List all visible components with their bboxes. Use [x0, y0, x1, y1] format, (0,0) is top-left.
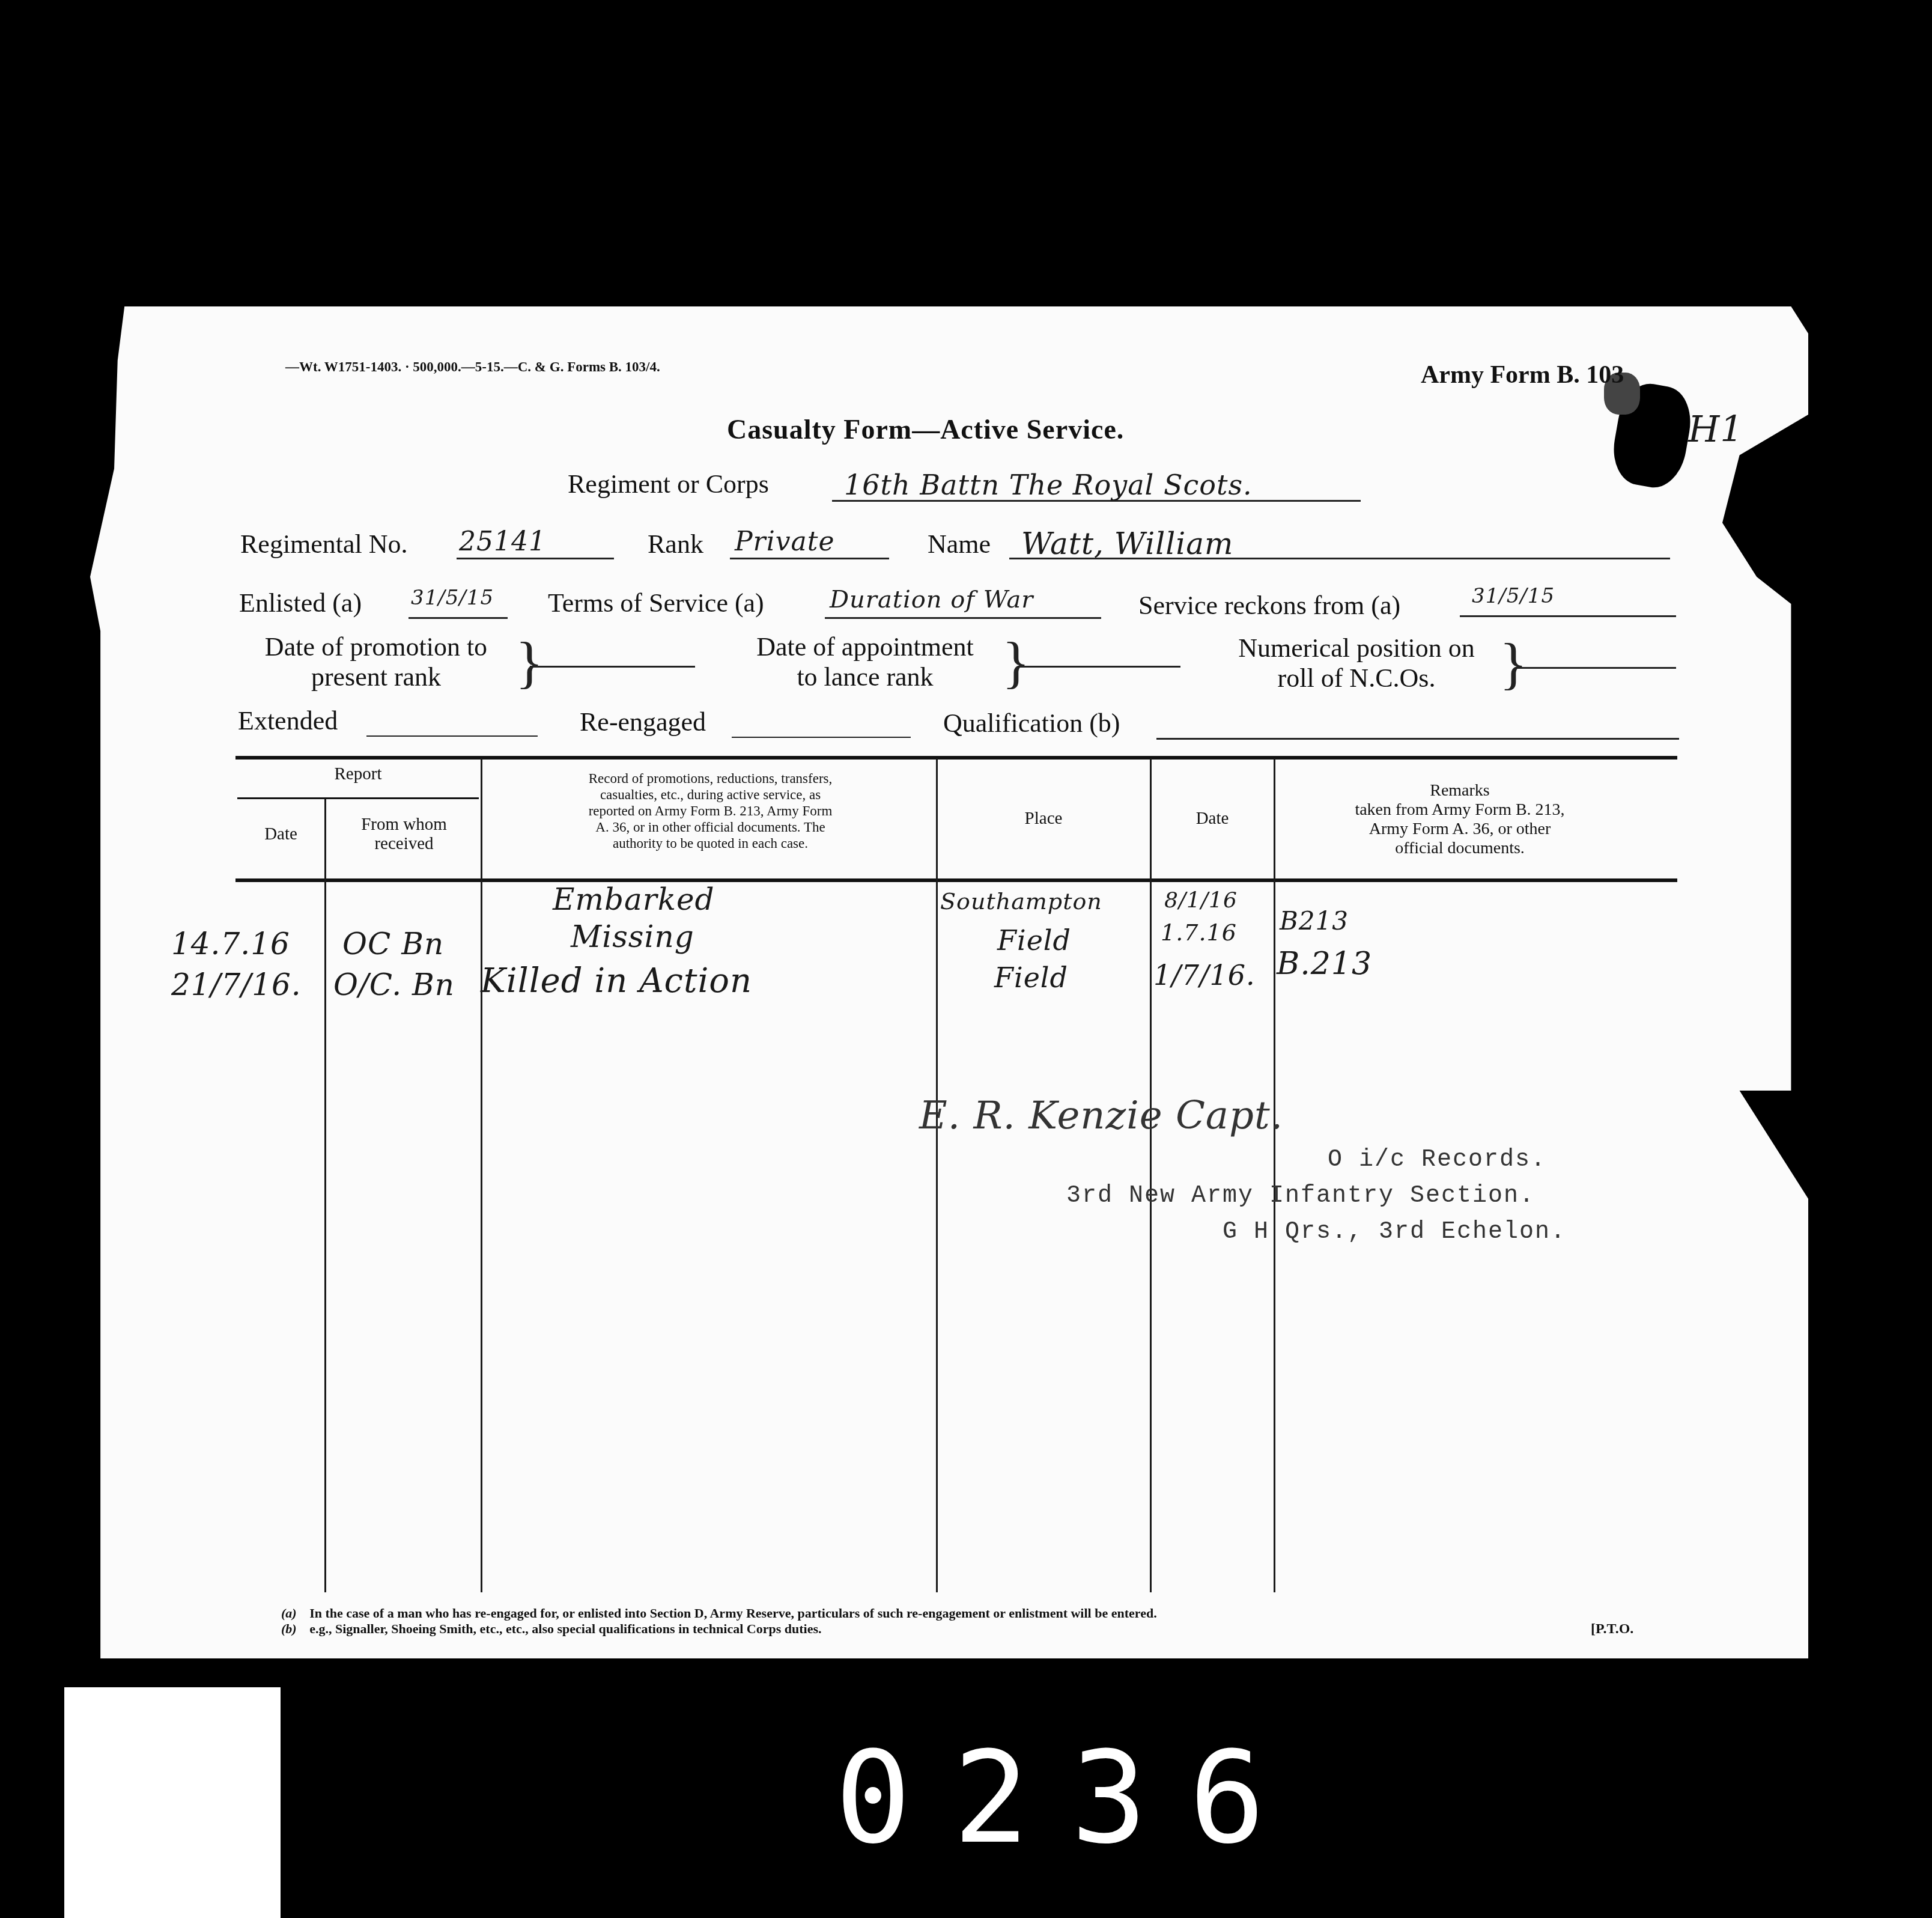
cell-report-date: 21/7/16.	[171, 967, 302, 1002]
footnote-a-marker: (a)	[281, 1606, 297, 1621]
terms-field[interactable]: Duration of War	[825, 586, 1101, 619]
col-divider-remarks	[1274, 758, 1275, 1592]
regiment-value: 16th Battn The Royal Scots.	[832, 469, 1253, 501]
name-field[interactable]: Watt, William	[1009, 526, 1670, 559]
stamp-line-3: G H Qrs., 3rd Echelon.	[1223, 1219, 1566, 1246]
reengaged-label: Re-engaged	[580, 707, 706, 737]
appointment-label-line1: Date of appointment	[727, 632, 1003, 662]
officer-signature: E. R. Kenzie Capt.	[919, 1094, 1283, 1138]
numerical-label: Numerical position on roll of N.C.Os.	[1212, 633, 1501, 693]
extended-label: Extended	[238, 705, 338, 736]
header-record-line: A. 36, or in other official documents. T…	[490, 819, 931, 835]
header-from-whom: From whom received	[336, 815, 472, 853]
header-date: Date	[1152, 809, 1272, 828]
cell-record: Killed in Action	[481, 961, 752, 1000]
footnote-b: (b) e.g., Signaller, Shoeing Smith, etc.…	[281, 1621, 821, 1637]
terms-label: Terms of Service (a)	[548, 588, 764, 618]
cell-date: 1.7.16	[1161, 919, 1237, 946]
numerical-label-line1: Numerical position on	[1212, 633, 1501, 663]
header-report-date: Date	[237, 824, 324, 844]
promotion-label: Date of promotion to present rank	[238, 632, 514, 692]
report-subrule	[237, 797, 479, 799]
col-divider-report	[324, 799, 326, 1592]
document-page: —Wt. W1751-1403. · 500,000.—5-15.—C. & G…	[0, 0, 1932, 1918]
cell-place: Field	[997, 924, 1071, 957]
reckons-label: Service reckons from (a)	[1138, 590, 1400, 621]
terms-value: Duration of War	[825, 586, 1033, 613]
stamp-line-2: 3rd New Army Infantry Section.	[1066, 1183, 1535, 1210]
rank-value: Private	[730, 526, 835, 557]
enlisted-value: 31/5/15	[409, 586, 494, 610]
header-record-line: Record of promotions, reductions, transf…	[490, 770, 931, 787]
qualification-label: Qualification (b)	[943, 708, 1120, 738]
stamp-line-1: O i/c Records.	[1328, 1146, 1546, 1174]
cell-report-date: 14.7.16	[171, 927, 290, 961]
regimental-no-value: 25141	[457, 526, 546, 557]
header-record-line: casualties, etc., during active service,…	[490, 787, 931, 803]
reengaged-field[interactable]	[732, 707, 911, 738]
cell-date: 8/1/16	[1164, 888, 1238, 913]
cell-record: Embarked	[553, 882, 715, 917]
calibration-patch	[64, 1687, 281, 1918]
appointment-label-line2: to lance rank	[727, 662, 1003, 692]
regiment-label: Regiment or Corps	[568, 469, 769, 499]
regimental-no-field[interactable]: 25141	[457, 526, 614, 559]
enlisted-field[interactable]: 31/5/15	[409, 586, 508, 619]
print-line: —Wt. W1751-1403. · 500,000.—5-15.—C. & G…	[285, 359, 660, 375]
numerical-label-line2: roll of N.C.Os.	[1212, 663, 1501, 693]
extended-field[interactable]	[366, 705, 538, 737]
promotion-field[interactable]	[530, 637, 695, 668]
enlisted-label: Enlisted (a)	[239, 588, 362, 618]
header-remarks-line: Army Form A. 36, or other	[1280, 820, 1640, 839]
appointment-label: Date of appointment to lance rank	[727, 632, 1003, 692]
col-divider-date	[1150, 758, 1152, 1592]
regiment-field[interactable]: 16th Battn The Royal Scots.	[832, 469, 1361, 502]
reckons-field[interactable]: 31/5/15	[1460, 584, 1676, 617]
promotion-label-line1: Date of promotion to	[238, 632, 514, 662]
cell-remarks: B213	[1280, 906, 1349, 936]
header-remarks-line: Remarks	[1280, 781, 1640, 800]
footnote-b-text: e.g., Signaller, Shoeing Smith, etc., et…	[309, 1621, 821, 1636]
cell-place: Southampton	[940, 888, 1102, 915]
cell-date: 1/7/16.	[1153, 959, 1256, 991]
header-place: Place	[938, 809, 1149, 828]
cell-record: Missing	[571, 919, 694, 954]
form-title: Casualty Form—Active Service.	[727, 413, 1124, 445]
name-value: Watt, William	[1009, 526, 1234, 561]
header-report: Report	[237, 764, 479, 784]
header-remarks: Remarks taken from Army Form B. 213, Arm…	[1280, 781, 1640, 858]
numerical-field[interactable]	[1515, 638, 1676, 669]
name-label: Name	[928, 529, 991, 559]
cell-remarks: B.213	[1277, 946, 1372, 982]
cell-from-whom: O/C. Bn	[333, 967, 455, 1002]
cell-from-whom: OC Bn	[342, 927, 444, 961]
margin-note: H1	[1688, 409, 1744, 451]
header-record-line: authority to be quoted in each case.	[490, 835, 931, 851]
cell-place: Field	[994, 961, 1068, 994]
col-divider-place	[936, 758, 938, 1592]
table-top-rule	[235, 756, 1677, 760]
table-header-rule	[235, 878, 1677, 882]
form-number: Army Form B. 103	[1421, 361, 1624, 389]
frame-counter: 0236	[835, 1725, 1307, 1872]
rank-label: Rank	[648, 529, 703, 559]
footnote-a-text: In the case of a man who has re-engaged …	[309, 1606, 1157, 1621]
regimental-no-label: Regimental No.	[240, 529, 408, 559]
reckons-value: 31/5/15	[1460, 584, 1555, 608]
footnote-b-marker: (b)	[281, 1621, 297, 1636]
header-record-line: reported on Army Form B. 213, Army Form	[490, 803, 931, 819]
appointment-field[interactable]	[1019, 637, 1180, 668]
qualification-field[interactable]	[1156, 708, 1679, 740]
pto-label: [P.T.O.	[1591, 1621, 1633, 1637]
rank-field[interactable]: Private	[730, 526, 889, 559]
header-record: Record of promotions, reductions, transf…	[490, 770, 931, 851]
col-divider-record	[481, 758, 482, 1592]
header-remarks-line: official documents.	[1280, 839, 1640, 858]
footnote-a: (a) In the case of a man who has re-enga…	[281, 1606, 1157, 1621]
header-remarks-line: taken from Army Form B. 213,	[1280, 800, 1640, 820]
promotion-label-line2: present rank	[238, 662, 514, 692]
